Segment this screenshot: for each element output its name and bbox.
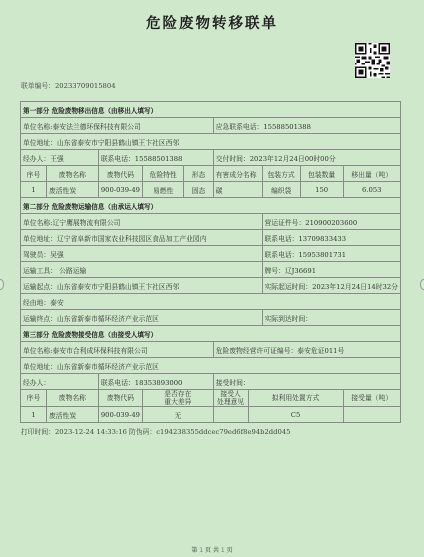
part2-vehicle: 运输工具： 公路运输 bbox=[21, 262, 263, 278]
part3-receive-time: 接受时间： bbox=[213, 374, 400, 390]
part1-heading-row: 第一部分 危险废物移出信息（由移出人填写） bbox=[21, 102, 401, 118]
cell bbox=[213, 407, 248, 423]
cell bbox=[343, 407, 400, 423]
pager-mid: 页 共 bbox=[205, 547, 219, 554]
pager-suffix: 页 bbox=[227, 547, 233, 554]
cell: 编织袋 bbox=[262, 182, 300, 198]
cell: 碳 bbox=[213, 182, 262, 198]
cell: 6.053 bbox=[343, 182, 400, 198]
serial-value: 20233709015804 bbox=[55, 82, 116, 90]
part2-origin: 运输起点：山东省泰安市宁阳县鹤山镇王卞社区西邻 bbox=[21, 278, 263, 294]
part3-heading: 第三部分 危险废物接受信息（由接受人填写） bbox=[21, 326, 401, 342]
qr-code-icon bbox=[355, 43, 390, 78]
part2-phone: 联系电话：13709833433 bbox=[262, 230, 401, 246]
col-header: 废物名称 bbox=[46, 390, 98, 407]
part2-unit-address: 单位地址：辽宁省阜新市国家农业科技园区食品加工产业园内 bbox=[21, 230, 263, 246]
part1-emergency-phone: 应急联系电话：15588501388 bbox=[213, 118, 400, 134]
col-header: 包装数量 bbox=[300, 166, 343, 182]
part2-arrival-time: 实际到达时间： bbox=[262, 310, 401, 326]
binding-hole-right bbox=[420, 279, 424, 290]
serial-number: 联单编号：20233709015804 bbox=[21, 80, 116, 90]
part1-unit-name: 单位名称:泰安法兰德环保科技有限公司 bbox=[21, 118, 214, 134]
document-title: 危险废物转移联单 bbox=[0, 12, 424, 33]
part2-destination: 运输终点：山东省新泰市循环经济产业示范区 bbox=[21, 310, 263, 326]
col-header: 序号 bbox=[21, 166, 47, 182]
col-header-receiver-opinion: 接受人 处理意见 bbox=[213, 390, 248, 407]
part3-table-header: 序号 废物名称 废物代码 是否存在 重大差异 接受人 处理意见 拟利用处置方式 … bbox=[21, 390, 401, 407]
cell: 1 bbox=[21, 407, 47, 423]
cell: 1 bbox=[21, 182, 47, 198]
col-header: 序号 bbox=[21, 390, 47, 407]
part2-via: 经由地：泰安 bbox=[21, 294, 401, 310]
part1-delivery-time: 交付时间：2023年12月24日00时00分 bbox=[213, 150, 400, 166]
part2-heading: 第二部分 危险废物运输信息（由承运人填写） bbox=[21, 198, 401, 214]
cell: 900-039-49 bbox=[98, 407, 142, 423]
col-header: 拟利用处置方式 bbox=[248, 390, 343, 407]
part1-handler: 经办人：王强 bbox=[21, 150, 99, 166]
table-row: 1 废活性炭 900-039-49 易燃性 固态 碳 编织袋 150 6.053 bbox=[21, 182, 401, 198]
transfer-form-table: 第一部分 危险废物移出信息（由移出人填写） 单位名称:泰安法兰德环保科技有限公司… bbox=[20, 101, 401, 423]
part2-plate: 牌号：辽J36691 bbox=[262, 262, 401, 278]
part1-phone: 联系电话：15588501388 bbox=[98, 150, 213, 166]
part3-phone: 联系电话：18353893000 bbox=[98, 374, 213, 390]
col-header-line: 接受人 bbox=[220, 390, 240, 398]
col-header-major-discrepancy: 是否存在 重大差异 bbox=[143, 390, 214, 407]
binding-hole-left bbox=[0, 279, 4, 290]
part3-unit-name: 单位名称:泰安市合利成环保科技有限公司 bbox=[21, 342, 214, 358]
col-header-line: 是否存在 bbox=[164, 390, 191, 398]
part3-unit-address: 单位地址：山东省新泰市循环经济产业示范区 bbox=[21, 358, 401, 374]
part3-handler: 经办人： bbox=[21, 374, 99, 390]
cell: 废活性炭 bbox=[46, 182, 98, 198]
col-header: 废物名称 bbox=[46, 166, 98, 182]
cell: 无 bbox=[143, 407, 214, 423]
table-row: 1 废活性炭 900-039-49 无 C5 bbox=[21, 407, 401, 423]
col-header-line: 处理意见 bbox=[217, 398, 244, 406]
part2-driver-phone: 联系电话：15953801731 bbox=[262, 246, 401, 262]
serial-label: 联单编号： bbox=[21, 82, 55, 90]
col-header: 形态 bbox=[184, 166, 213, 182]
col-header: 废物代码 bbox=[98, 390, 142, 407]
cell: 900-039-49 bbox=[98, 182, 142, 198]
part3-permit: 危险废物经营许可证编号：泰安危证011号 bbox=[213, 342, 400, 358]
part1-heading: 第一部分 危险废物移出信息（由移出人填写） bbox=[21, 102, 401, 118]
part1-unit-address: 单位地址：山东省泰安市宁阳县鹤山镇王卞社区西邻 bbox=[21, 134, 401, 150]
cell: C5 bbox=[248, 407, 343, 423]
col-header: 危险特性 bbox=[143, 166, 184, 182]
current-page: 1 bbox=[199, 547, 203, 554]
cell: 固态 bbox=[184, 182, 213, 198]
col-header: 有害成分名称 bbox=[213, 166, 262, 182]
part1-table-header: 序号 废物名称 废物代码 危险特性 形态 有害成分名称 包装方式 包装数量 移出… bbox=[21, 166, 401, 182]
cell: 废活性炭 bbox=[46, 407, 98, 423]
col-header: 接受量（吨） bbox=[343, 390, 400, 407]
col-header: 包装方式 bbox=[262, 166, 300, 182]
col-header: 废物代码 bbox=[98, 166, 142, 182]
part2-driver: 驾驶员：吴强 bbox=[21, 246, 263, 262]
print-info: 打印时间：2023-12-24 14:33:16 防伪码：c194238355d… bbox=[21, 426, 290, 436]
cell: 150 bbox=[300, 182, 343, 198]
page-indicator: 第 1 页 共 1 页 bbox=[0, 545, 424, 554]
part2-license: 营运证件号：210900203600 bbox=[262, 214, 401, 230]
part2-unit-name: 单位名称:辽宁鹰展物流有限公司 bbox=[21, 214, 263, 230]
pager-prefix: 第 bbox=[191, 547, 197, 554]
cell: 易燃性 bbox=[143, 182, 184, 198]
col-header-line: 重大差异 bbox=[164, 398, 191, 406]
col-header: 移出量（吨） bbox=[343, 166, 400, 182]
total-pages: 1 bbox=[221, 547, 225, 554]
part2-start-time: 实际起运时间：2023年12月24日14时32分 bbox=[262, 278, 401, 294]
